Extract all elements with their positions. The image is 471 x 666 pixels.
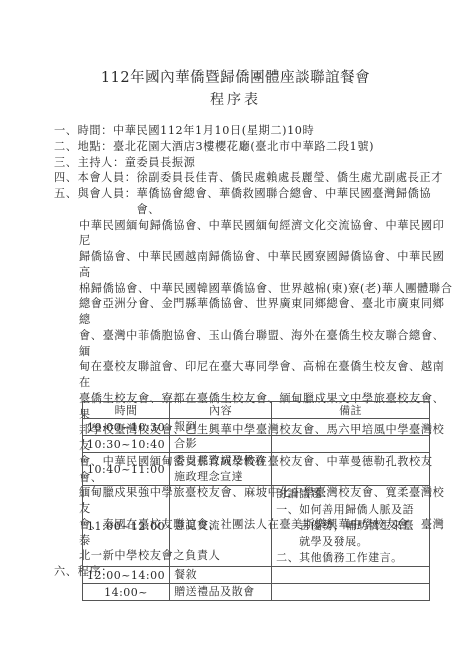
table-row: 10:00~10:30 報到 (83, 419, 430, 436)
text-line: 歸僑協會、中華民國越南歸僑協會、中華民國寮國歸僑協會、中華民國高 (79, 249, 454, 281)
text-line: 棉歸僑協會、中華民國韓國華僑協會、世界越棉(柬)寮(老)華人團體聯合 (79, 281, 454, 297)
table-header-row: 時間 內容 備註 (83, 402, 430, 419)
table-row: 11:00~12:00 意見交流 討論議題： 一、 如何善用歸僑人脈及語言優勢，… (83, 486, 430, 567)
cell-time: 10:30~10:40 (83, 436, 170, 453)
cell-time: 10:40~11:00 (83, 453, 170, 486)
item-text: 徐副委員長佳青、僑民處賴處長麗瑩、僑生處尤副處長正才 (137, 170, 454, 186)
cell-time: 11:00~12:00 (83, 486, 170, 567)
text-line: 總會亞洲分會、金門縣華僑協會、世界廣東同鄉總會、臺北市廣東同鄉總 (79, 296, 454, 328)
item-label: 一、時間： (54, 123, 113, 139)
cell-time: 14:00~ (83, 584, 170, 601)
item-label: 二、地點： (54, 139, 113, 155)
cell-content: 合影 (170, 436, 272, 453)
document-subtitle: 程序表 (0, 89, 471, 109)
item-text: 中華民國112年1月10日(星期二)10時 (113, 123, 454, 139)
cell-content: 委員長致詞及僑務施政理念宣達 (170, 453, 272, 486)
discussion-item: 二、 其他僑務工作建言。 (276, 550, 425, 566)
item-text: 童委員長振源 (125, 155, 454, 171)
schedule-table: 時間 內容 備註 10:00~10:30 報到 10:30~10:40 合影 1… (82, 401, 430, 601)
cell-note-discussion: 討論議題： 一、 如何善用歸僑人脈及語言優勢，輔助僑生來臺就學及發展。 二、 其… (272, 486, 430, 567)
cell-time: 10:00~10:30 (83, 419, 170, 436)
discussion-num: 二、 (276, 550, 299, 566)
discussion-text: 如何善用歸僑人脈及語言優勢，輔助僑生來臺就學及發展。 (299, 502, 425, 550)
item-host: 三、主持人： 童委員長振源 (54, 155, 454, 171)
cell-time: 12:00~14:00 (83, 567, 170, 584)
table-row: 10:30~10:40 合影 (83, 436, 430, 453)
table-row: 10:40~11:00 委員長致詞及僑務施政理念宣達 (83, 453, 430, 486)
cell-content: 贈送禮品及散會 (170, 584, 272, 601)
item-time: 一、時間： 中華民國112年1月10日(星期二)10時 (54, 123, 454, 139)
cell-content: 報到 (170, 419, 272, 436)
item-text: 臺北花園大酒店3樓櫻花廳(臺北市中華路二段1號) (113, 139, 454, 155)
cell-note (272, 584, 430, 601)
table-row: 12:00~14:00 餐敘 (83, 567, 430, 584)
item-label: 四、本會人員： (54, 170, 137, 186)
item-label: 五、與會人員： (54, 186, 137, 218)
header-note: 備註 (272, 402, 430, 419)
item-staff: 四、本會人員： 徐副委員長佳青、僑民處賴處長麗瑩、僑生處尤副處長正才 (54, 170, 454, 186)
cell-note (272, 453, 430, 486)
item-location: 二、地點： 臺北花園大酒店3樓櫻花廳(臺北市中華路二段1號) (54, 139, 454, 155)
text-line: 會、臺灣中菲僑胞協會、玉山僑台聯盟、海外在臺僑生校友聯合總會、緬 (79, 328, 454, 360)
cell-note (272, 419, 430, 436)
text-line: 甸在臺校友聯誼會、印尼在臺大專同學會、高棉在臺僑生校友會、越南在 (79, 359, 454, 391)
cell-content: 餐敘 (170, 567, 272, 584)
text-line: 中華民國緬甸歸僑協會、中華民國緬甸經濟文化交流協會、中華民國印尼 (79, 218, 454, 250)
document-title: 112年國內華僑暨歸僑團體座談聯誼餐會 (0, 66, 471, 87)
discussion-item: 一、 如何善用歸僑人脈及語言優勢，輔助僑生來臺就學及發展。 (276, 502, 425, 550)
cell-note (272, 436, 430, 453)
item-attendees: 五、與會人員： 華僑協會總會、華僑救國聯合總會、中華民國臺灣歸僑協會、 (54, 186, 454, 218)
item-label: 三、主持人： (54, 155, 125, 171)
discussion-text: 其他僑務工作建言。 (299, 550, 403, 566)
header-time: 時間 (83, 402, 170, 419)
discussion-title: 討論議題： (276, 486, 425, 502)
cell-content: 意見交流 (170, 486, 272, 567)
header-content: 內容 (170, 402, 272, 419)
item-text: 華僑協會總會、華僑救國聯合總會、中華民國臺灣歸僑協會、 (137, 186, 454, 218)
table-row: 14:00~ 贈送禮品及散會 (83, 584, 430, 601)
discussion-num: 一、 (276, 502, 299, 550)
cell-note (272, 567, 430, 584)
